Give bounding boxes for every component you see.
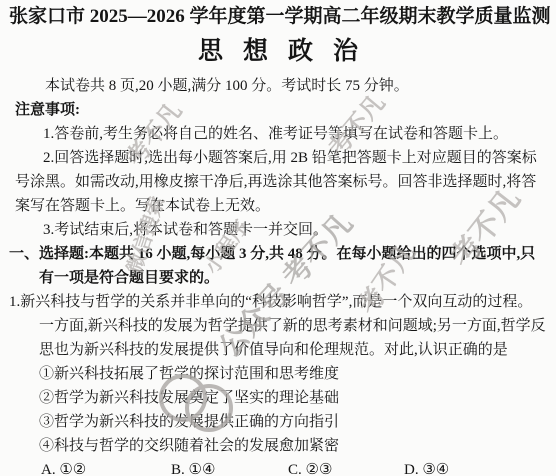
subject-title: 思想政治 [9,36,547,68]
notice-items: 1.答卷前,考生务必将自己的姓名、准考证号等填写在试卷和答题卡上。 2.回答选择… [15,122,547,242]
choice-d: D. ③④ [404,458,449,476]
exam-content: 张家口市 2025—2026 学年度第一学期高二年级期末教学质量监测 思想政治 … [9,4,547,476]
choice-d-value: ③④ [422,462,449,476]
question-1-choices: A. ①② B. ①④ C. ②③ D. ③④ [41,458,547,476]
choice-b-label: B. [171,462,185,476]
statement-4: ④科技与哲学的交织随着社会的发展愈加紧密 [39,434,547,458]
choice-c: C. ②③ [288,458,404,476]
choice-c-value: ②③ [306,462,333,476]
exam-title: 张家口市 2025—2026 学年度第一学期高二年级期末教学质量监测 [9,4,547,30]
notice-item-1: 1.答卷前,考生务必将自己的姓名、准考证号等填写在试卷和答题卡上。 [15,122,547,146]
choice-c-label: C. [288,462,302,476]
exam-paper-page: 考不凡 微信搜索 小程序 公众号 考不凡 考不凡 考不凡 考不凡 张家口市 20… [0,0,556,476]
choice-b-value: ①④ [189,462,216,476]
notice-item-2: 2.回答选择题时,选出每小题答案后,用 2B 铅笔把答题卡上对应题目的答案标号涂… [15,146,547,218]
statement-3: ③哲学为新兴科技的发展提供正确的方向指引 [39,410,547,434]
exam-info-line: 本试卷共 8 页,20 小题,满分 100 分。考试时长 75 分钟。 [9,74,547,98]
choice-a-label: A. [41,462,56,476]
choice-d-label: D. [404,462,419,476]
section-heading: 一、选择题:本题共 16 小题,每小题 3 分,共 48 分。在每小题给出的四个… [9,242,547,290]
question-1-stem: 1.新兴科技与哲学的关系并非单向的“科技影响哲学”,而是一个双向互动的过程。一方… [9,290,547,362]
choice-a: A. ①② [41,458,171,476]
question-1-statements: ①新兴科技拓展了哲学的探讨范围和思考维度 ②哲学为新兴科技发展奠定了坚实的理论基… [9,362,547,458]
statement-2: ②哲学为新兴科技发展奠定了坚实的理论基础 [39,386,547,410]
statement-1: ①新兴科技拓展了哲学的探讨范围和思考维度 [39,362,547,386]
notice-heading: 注意事项: [15,98,547,122]
choice-a-value: ①② [59,462,86,476]
choice-b: B. ①④ [171,458,288,476]
notice-item-3: 3.考试结束后,将本试卷和答题卡一并交回。 [15,218,547,242]
